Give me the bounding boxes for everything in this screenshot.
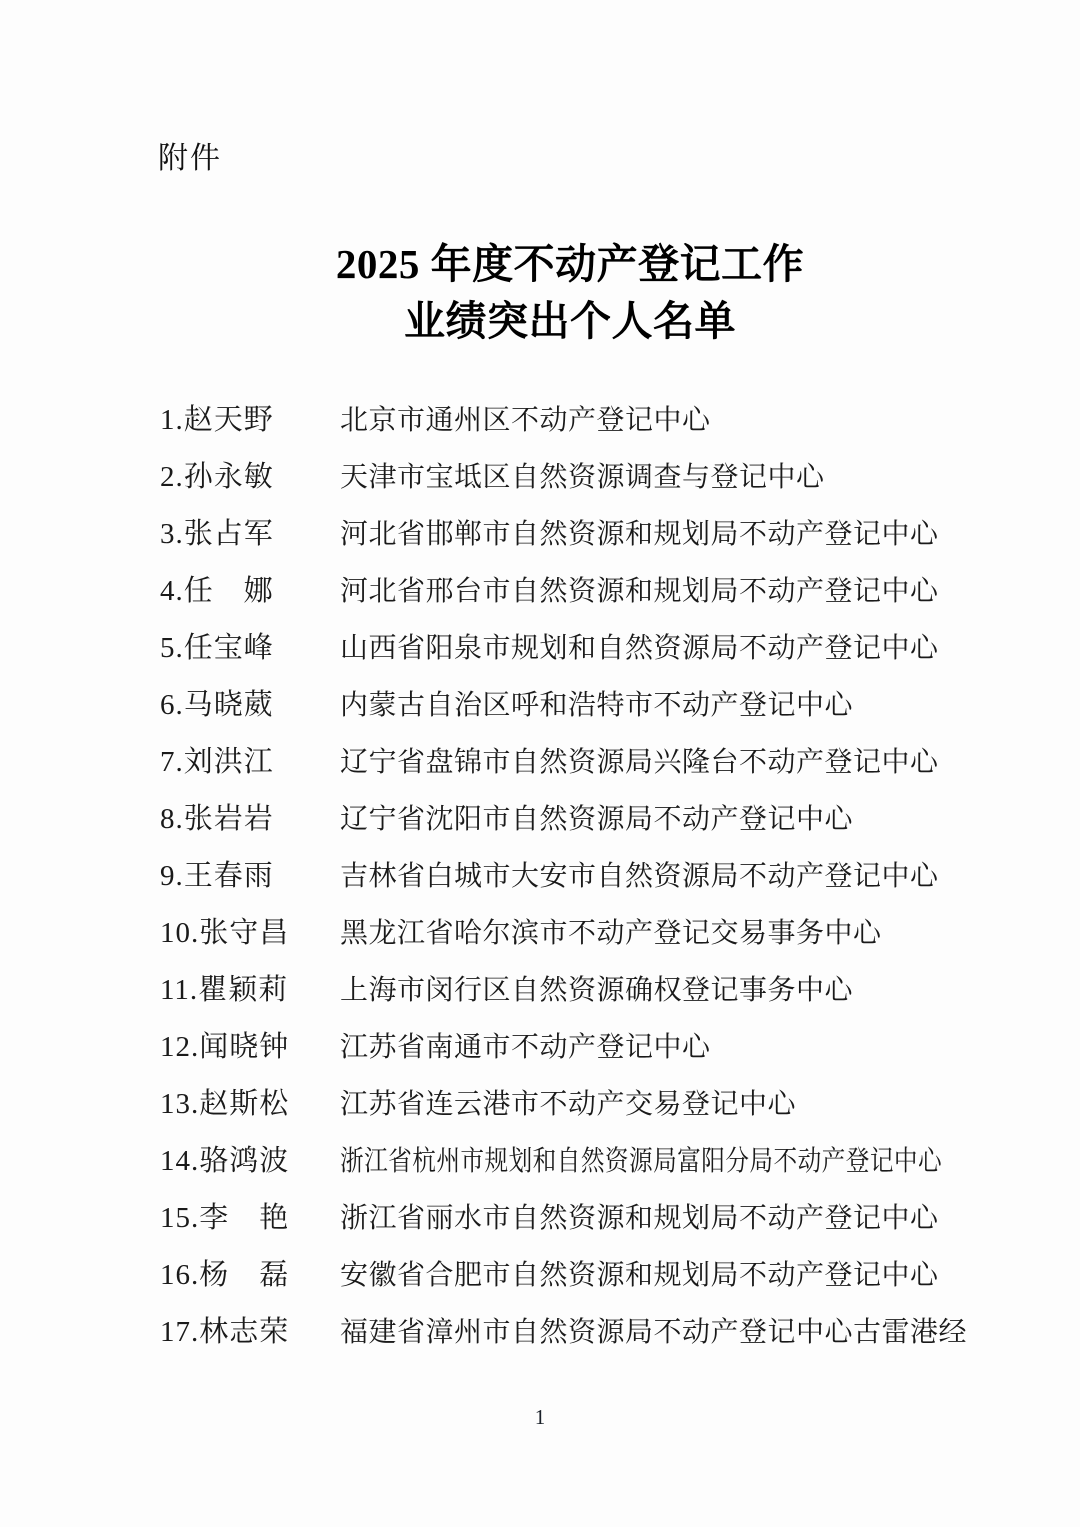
person-organization: 福建省漳州市自然资源局不动产登记中心古雷港经 (340, 1304, 967, 1361)
person-number: 6. (160, 689, 184, 721)
list-item: 12.闻晓钟 江苏省南通市不动产登记中心 (160, 1019, 1020, 1076)
person-name: 杨 磊 (199, 1259, 289, 1291)
person-name: 赵天野 (184, 404, 274, 436)
person-number: 12. (160, 1031, 199, 1063)
list-item: 10.张守昌 黑龙江省哈尔滨市不动产登记交易事务中心 (160, 905, 1020, 962)
person-number-name: 15.李 艳 (160, 1190, 340, 1247)
list-item: 3.张占军 河北省邯郸市自然资源和规划局不动产登记中心 (160, 506, 1020, 563)
list-item: 1.赵天野 北京市通州区不动产登记中心 (160, 392, 1020, 449)
person-number: 9. (160, 860, 184, 892)
list-item: 15.李 艳 浙江省丽水市自然资源和规划局不动产登记中心 (160, 1190, 1020, 1247)
person-name: 张岩岩 (184, 803, 274, 835)
person-number-name: 16.杨 磊 (160, 1247, 340, 1304)
person-name: 李 艳 (199, 1202, 289, 1234)
document-title-line2: 业绩突出个人名单 (160, 293, 980, 350)
list-item: 14.骆鸿波 浙江省杭州市规划和自然资源局富阳分局不动产登记中心 (160, 1133, 1020, 1190)
person-number: 17. (160, 1316, 199, 1348)
person-number-name: 5.任宝峰 (160, 620, 340, 677)
person-number: 4. (160, 575, 184, 607)
person-name: 任 娜 (184, 575, 274, 607)
list-item: 16.杨 磊 安徽省合肥市自然资源和规划局不动产登记中心 (160, 1247, 1020, 1304)
person-name: 孙永敏 (184, 461, 274, 493)
person-number: 2. (160, 461, 184, 493)
person-number: 13. (160, 1088, 199, 1120)
person-name: 赵斯松 (199, 1088, 289, 1120)
person-number: 15. (160, 1202, 199, 1234)
awardee-list: 1.赵天野 北京市通州区不动产登记中心 2.孙永敏 天津市宝坻区自然资源调查与登… (160, 392, 1020, 1361)
person-organization: 江苏省南通市不动产登记中心 (340, 1019, 711, 1076)
person-name: 骆鸿波 (199, 1145, 289, 1177)
person-number: 1. (160, 404, 184, 436)
person-number-name: 6.马晓葳 (160, 677, 340, 734)
list-item: 9.王春雨 吉林省白城市大安市自然资源局不动产登记中心 (160, 848, 1020, 905)
person-organization: 山西省阳泉市规划和自然资源局不动产登记中心 (340, 620, 939, 677)
person-number-name: 10.张守昌 (160, 905, 340, 962)
person-organization: 辽宁省沈阳市自然资源局不动产登记中心 (340, 791, 853, 848)
attachment-label: 附件 (158, 133, 222, 177)
person-number-name: 1.赵天野 (160, 392, 340, 449)
document-title-line1: 2025 年度不动产登记工作 (160, 236, 980, 293)
document-title: 2025 年度不动产登记工作 业绩突出个人名单 (160, 236, 980, 350)
person-organization: 吉林省白城市大安市自然资源局不动产登记中心 (340, 848, 939, 905)
person-number-name: 4.任 娜 (160, 563, 340, 620)
person-organization: 河北省邯郸市自然资源和规划局不动产登记中心 (340, 506, 939, 563)
list-item: 11.瞿颖莉 上海市闵行区自然资源确权登记事务中心 (160, 962, 1020, 1019)
person-organization: 上海市闵行区自然资源确权登记事务中心 (340, 962, 853, 1019)
person-organization: 河北省邢台市自然资源和规划局不动产登记中心 (340, 563, 939, 620)
person-number-name: 8.张岩岩 (160, 791, 340, 848)
person-name: 王春雨 (184, 860, 274, 892)
person-number-name: 12.闻晓钟 (160, 1019, 340, 1076)
list-item: 2.孙永敏 天津市宝坻区自然资源调查与登记中心 (160, 449, 1020, 506)
person-organization: 内蒙古自治区呼和浩特市不动产登记中心 (340, 677, 853, 734)
person-name: 刘洪江 (184, 746, 274, 778)
person-name: 马晓葳 (184, 689, 274, 721)
person-organization: 北京市通州区不动产登记中心 (340, 392, 711, 449)
person-number: 10. (160, 917, 199, 949)
list-item: 13.赵斯松 江苏省连云港市不动产交易登记中心 (160, 1076, 1020, 1133)
list-item: 17.林志荣 福建省漳州市自然资源局不动产登记中心古雷港经 (160, 1304, 1020, 1361)
person-number-name: 14.骆鸿波 (160, 1133, 340, 1190)
page-number: 1 (0, 1405, 1080, 1430)
person-name: 闻晓钟 (199, 1031, 289, 1063)
person-organization: 辽宁省盘锦市自然资源局兴隆台不动产登记中心 (340, 734, 939, 791)
person-name: 张占军 (184, 518, 274, 550)
person-organization: 浙江省杭州市规划和自然资源局富阳分局不动产登记中心 (340, 1133, 942, 1190)
person-organization: 天津市宝坻区自然资源调查与登记中心 (340, 449, 825, 506)
person-organization: 江苏省连云港市不动产交易登记中心 (340, 1076, 796, 1133)
person-number-name: 9.王春雨 (160, 848, 340, 905)
list-item: 8.张岩岩 辽宁省沈阳市自然资源局不动产登记中心 (160, 791, 1020, 848)
person-number-name: 13.赵斯松 (160, 1076, 340, 1133)
person-name: 张守昌 (199, 917, 289, 949)
person-number: 5. (160, 632, 184, 664)
person-number: 11. (160, 974, 198, 1006)
person-number-name: 17.林志荣 (160, 1304, 340, 1361)
person-number: 3. (160, 518, 184, 550)
person-name: 林志荣 (199, 1316, 289, 1348)
person-number: 7. (160, 746, 184, 778)
person-organization: 浙江省丽水市自然资源和规划局不动产登记中心 (340, 1190, 939, 1247)
person-number-name: 11.瞿颖莉 (160, 962, 340, 1019)
person-name: 瞿颖莉 (198, 974, 288, 1006)
list-item: 5.任宝峰 山西省阳泉市规划和自然资源局不动产登记中心 (160, 620, 1020, 677)
person-number-name: 2.孙永敏 (160, 449, 340, 506)
person-number-name: 7.刘洪江 (160, 734, 340, 791)
document-page: 附件 2025 年度不动产登记工作 业绩突出个人名单 1.赵天野 北京市通州区不… (0, 0, 1080, 1527)
person-organization: 黑龙江省哈尔滨市不动产登记交易事务中心 (340, 905, 882, 962)
list-item: 7.刘洪江 辽宁省盘锦市自然资源局兴隆台不动产登记中心 (160, 734, 1020, 791)
list-item: 4.任 娜 河北省邢台市自然资源和规划局不动产登记中心 (160, 563, 1020, 620)
list-item: 6.马晓葳 内蒙古自治区呼和浩特市不动产登记中心 (160, 677, 1020, 734)
person-organization: 安徽省合肥市自然资源和规划局不动产登记中心 (340, 1247, 939, 1304)
person-number: 8. (160, 803, 184, 835)
person-number-name: 3.张占军 (160, 506, 340, 563)
person-number: 14. (160, 1145, 199, 1177)
person-number: 16. (160, 1259, 199, 1291)
person-name: 任宝峰 (184, 632, 274, 664)
